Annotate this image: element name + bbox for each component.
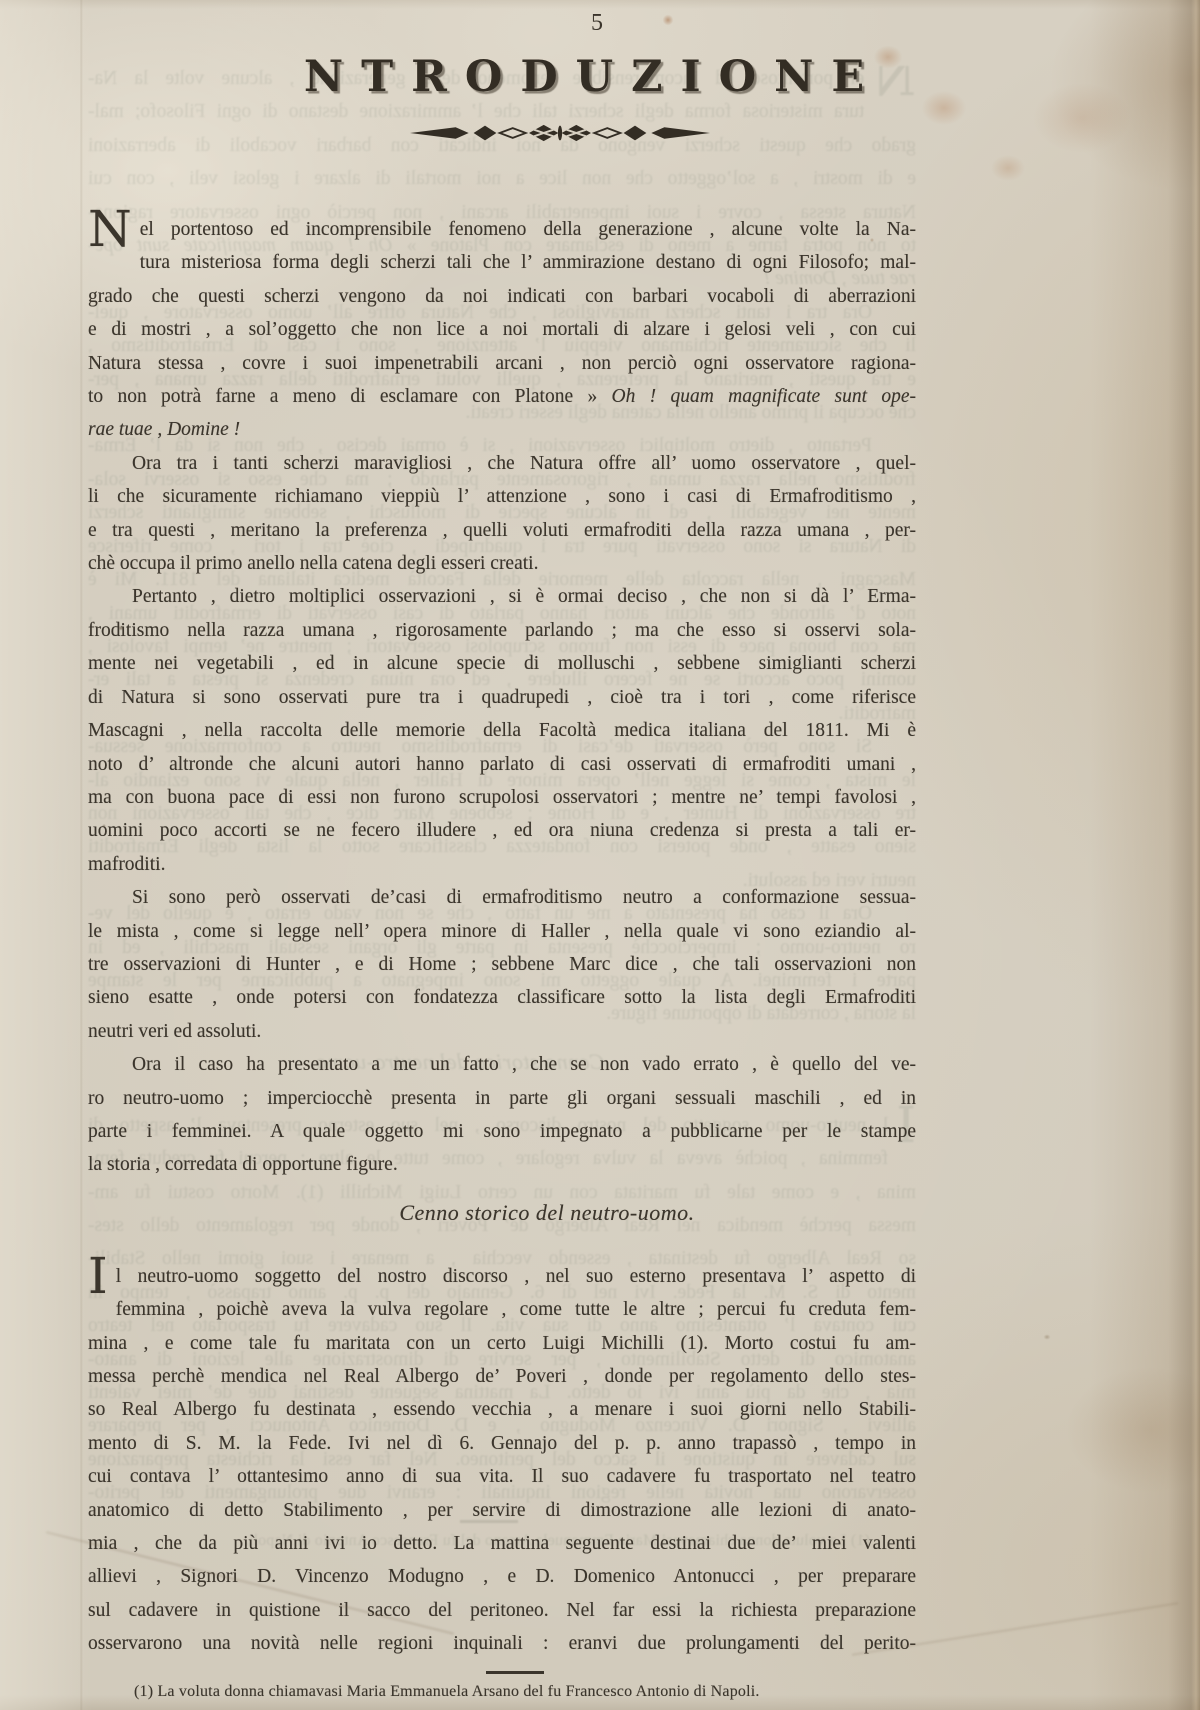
section-heading: Cenno storico del neutro-uomo. (133, 1196, 961, 1226)
text-line: tre osservazioni di Hunter , e di Home ;… (88, 948, 916, 981)
text-line: mento di S. M. la Fede. Ivi nel dì 6. Ge… (88, 1427, 916, 1460)
drop-cap: I (88, 1259, 116, 1293)
text-line: osservarono una novità nelle regioni inq… (88, 1627, 916, 1660)
text-line: mina , e come tale fu maritata con un ce… (88, 1327, 916, 1360)
text-line: Natura stessa , covre i suoi impenetrabi… (88, 347, 916, 380)
text-line: so Real Albergo fu destinata , essendo v… (88, 1393, 916, 1426)
paragraph: Ora tra i tanti scherzi maravigliosi , c… (88, 447, 916, 581)
footnote: (1) La voluta donna chiamavasi Maria Emm… (88, 1681, 916, 1703)
chapter-title: NTRODUZIONE (0, 52, 1184, 102)
text-line: anatomico di detto Stabilimento , per se… (88, 1494, 916, 1527)
text-line: Pertanto , dietro moltiplici osservazion… (88, 580, 916, 613)
text-line: ro neutro-uomo ; imperciocchè presenta i… (88, 1082, 916, 1115)
text-line: mia , che da più anni ivi io detto. La m… (88, 1527, 916, 1560)
text-line: le mista , come si legge nell’ opera min… (88, 915, 916, 948)
book-page-scan: Nel portentoso ed incomprensibile fenome… (0, 0, 1200, 1710)
drop-cap: N (88, 212, 140, 246)
text-line: el portentoso ed incomprensibile fenomen… (88, 213, 916, 246)
paragraphs-after-heading: Il neutro-uomo soggetto del nostro disco… (88, 1260, 916, 1661)
text-line: rae tuae , Domine ! (88, 413, 916, 446)
text-column: Nel portentoso ed incomprensibile fenome… (88, 213, 916, 1703)
text-line: Ora il caso ha presentato a me un fatto … (88, 1048, 916, 1081)
text-line: li che sicuramente richiamano vieppiù l’… (88, 480, 916, 513)
text-line: Si sono però osservati de’casi di ermafr… (88, 881, 916, 914)
text-line: femmina , poichè aveva la vulva regolare… (88, 1293, 916, 1326)
text-line: Ora tra i tanti scherzi maravigliosi , c… (88, 447, 916, 480)
text-line: tura misteriosa forma degli scherzi tali… (88, 246, 916, 279)
text-line: cui contava l’ ottantesimo anno di sua v… (88, 1460, 916, 1493)
text-line: mafroditi. (88, 848, 916, 881)
text-line: e tra questi , meritano la preferenza , … (88, 514, 916, 547)
text-line: chè occupa il primo anello nella catena … (88, 547, 916, 580)
text-line: l neutro-uomo soggetto del nostro discor… (88, 1260, 916, 1293)
paragraph: Pertanto , dietro moltiplici osservazion… (88, 580, 916, 881)
text-line: sul cadavere in quistione il sacco del p… (88, 1594, 916, 1627)
paragraph: Il neutro-uomo soggetto del nostro disco… (88, 1260, 916, 1661)
text-line: neutri veri ed assoluti. (88, 1015, 916, 1048)
page-number: 5 (0, 10, 1197, 37)
text-line: mente nei vegetabili , ed in alcune spec… (88, 647, 916, 680)
text-line: la storia , corredata di opportune figur… (88, 1148, 916, 1181)
text-line: grado che questi scherzi vengono da noi … (88, 280, 916, 313)
text-line: parte i femminei. A quale oggetto mi son… (88, 1115, 916, 1148)
text-line: messa perchè mendica nel Real Albergo de… (88, 1360, 916, 1393)
text-line: ma con buona pace di essi non furono scr… (88, 781, 916, 814)
text-line: di Natura si sono osservati pure tra i q… (88, 681, 916, 714)
ornament-divider-icon (410, 120, 710, 146)
text-line: froditismo nella razza umana , rigorosam… (88, 614, 916, 647)
footnote-rule (486, 1671, 544, 1674)
paragraph: Si sono però osservati de’casi di ermafr… (88, 881, 916, 1048)
paragraph: Ora il caso ha presentato a me un fatto … (88, 1048, 916, 1182)
text-line: to non potrà farne a meno di esclamare c… (88, 380, 916, 413)
text-line: e di mostri , a sol’oggetto che non lice… (88, 313, 916, 346)
paragraph: Nel portentoso ed incomprensibile fenome… (88, 213, 916, 447)
text-line: uomini poco accorti se ne fecero illuder… (88, 814, 916, 847)
paragraphs-before-heading: Nel portentoso ed incomprensibile fenome… (88, 213, 916, 1182)
text-line: allievi , Signori D. Vincenzo Modugno , … (88, 1560, 916, 1593)
text-line: noto d’ altronde che alcuni autori hanno… (88, 748, 916, 781)
text-line: Mascagni , nella raccolta delle memorie … (88, 714, 916, 747)
ornament-divider (0, 120, 1160, 151)
text-line: sieno esatte , onde potersi con fondatez… (88, 981, 916, 1014)
